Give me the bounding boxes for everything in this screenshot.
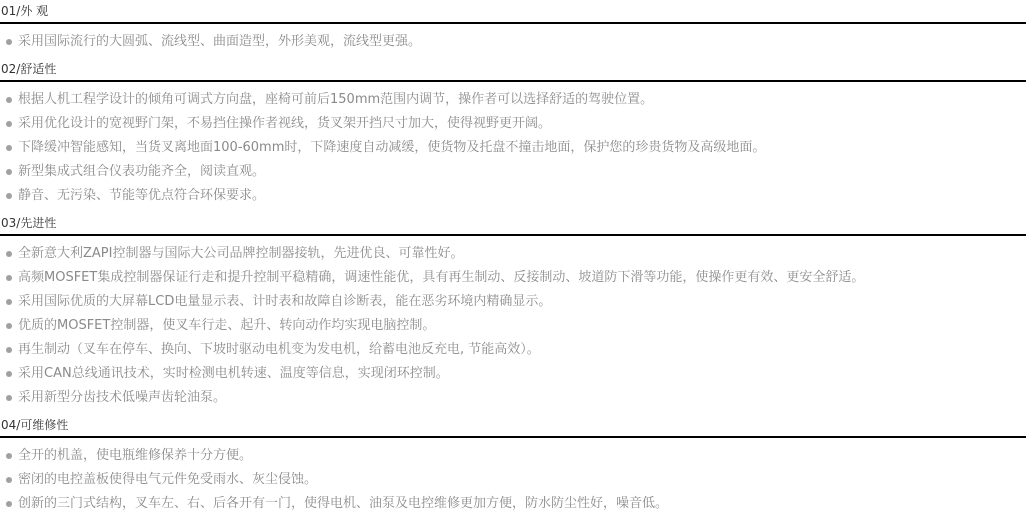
section-title: 01/外 观 [0, 0, 1026, 22]
list-item-text: 优质的MOSFET控制器，使叉车行走、起升、转向动作均实现电脑控制。 [18, 314, 435, 338]
section-title: 04/可维修性 [0, 414, 1026, 436]
section-comfort: 02/舒适性 根据人机工程学设计的倾角可调式方向盘，座椅可前后150mm范围内调… [0, 58, 1026, 212]
list-item-text: 全新意大利ZAPI控制器与国际大公司品牌控制器接轨，先进优良、可靠性好。 [18, 242, 463, 266]
list-item: 静音、无污染、节能等优点符合环保要求。 [0, 184, 1026, 208]
bullet-dot-icon [6, 39, 12, 45]
list-item-text: 采用国际优质的大屏幕LCD电量显示表、计时表和故障自诊断表，能在恶劣环境内精确显… [18, 290, 551, 314]
feature-list: 采用国际流行的大圆弧、流线型、曲面造型，外形美观，流线型更强。 [0, 30, 1026, 58]
bullet-dot-icon [6, 299, 12, 305]
list-item: 高频MOSFET集成控制器保证行走和提升控制平稳精确，调速性能优，具有再生制动、… [0, 266, 1026, 290]
bullet-dot-icon [6, 121, 12, 127]
list-item: 下降缓冲智能感知，当货叉离地面100-60mm时，下降速度自动减缓，使货物及托盘… [0, 136, 1026, 160]
bullet-dot-icon [6, 453, 12, 459]
list-item: 采用优化设计的宽视野门架，不易挡住操作者视线，货叉架开挡尺寸加大，使得视野更开阔… [0, 112, 1026, 136]
bullet-dot-icon [6, 275, 12, 281]
section-divider [0, 22, 1026, 24]
bullet-dot-icon [6, 251, 12, 257]
list-item: 创新的三门式结构，叉车左、右、后各开有一门，使得电机、油泵及电控维修更加方便，防… [0, 492, 1026, 516]
list-item-text: 密闭的电控盖板使得电气元件免受雨水、灰尘侵蚀。 [18, 468, 317, 492]
list-item-text: 采用CAN总线通讯技术，实时检测电机转速、温度等信息，实现闭环控制。 [18, 362, 449, 386]
section-divider [0, 80, 1026, 82]
section-title: 02/舒适性 [0, 58, 1026, 80]
bullet-dot-icon [6, 145, 12, 151]
list-item: 采用CAN总线通讯技术，实时检测电机转速、温度等信息，实现闭环控制。 [0, 362, 1026, 386]
bullet-dot-icon [6, 371, 12, 377]
list-item: 全新意大利ZAPI控制器与国际大公司品牌控制器接轨，先进优良、可靠性好。 [0, 242, 1026, 266]
bullet-dot-icon [6, 395, 12, 401]
list-item-text: 高频MOSFET集成控制器保证行走和提升控制平稳精确，调速性能优，具有再生制动、… [18, 266, 864, 290]
feature-list: 全开的机盖，使电瓶维修保养十分方便。 密闭的电控盖板使得电气元件免受雨水、灰尘侵… [0, 444, 1026, 520]
section-divider [0, 234, 1026, 236]
feature-list: 全新意大利ZAPI控制器与国际大公司品牌控制器接轨，先进优良、可靠性好。 高频M… [0, 242, 1026, 414]
list-item-text: 再生制动（叉车在停车、换向、下坡时驱动电机变为发电机，给蓄电池反充电, 节能高效… [18, 338, 540, 362]
bullet-dot-icon [6, 477, 12, 483]
list-item: 优质的MOSFET控制器，使叉车行走、起升、转向动作均实现电脑控制。 [0, 314, 1026, 338]
feature-document: 01/外 观 采用国际流行的大圆弧、流线型、曲面造型，外形美观，流线型更强。 0… [0, 0, 1026, 520]
list-item: 新型集成式组合仪表功能齐全，阅读直观。 [0, 160, 1026, 184]
section-appearance: 01/外 观 采用国际流行的大圆弧、流线型、曲面造型，外形美观，流线型更强。 [0, 0, 1026, 58]
list-item-text: 采用优化设计的宽视野门架，不易挡住操作者视线，货叉架开挡尺寸加大，使得视野更开阔… [18, 112, 551, 136]
list-item: 采用国际优质的大屏幕LCD电量显示表、计时表和故障自诊断表，能在恶劣环境内精确显… [0, 290, 1026, 314]
section-title: 03/先进性 [0, 212, 1026, 234]
bullet-dot-icon [6, 501, 12, 507]
list-item-text: 静音、无污染、节能等优点符合环保要求。 [18, 184, 265, 208]
bullet-dot-icon [6, 97, 12, 103]
list-item-text: 采用国际流行的大圆弧、流线型、曲面造型，外形美观，流线型更强。 [18, 30, 421, 54]
list-item: 再生制动（叉车在停车、换向、下坡时驱动电机变为发电机，给蓄电池反充电, 节能高效… [0, 338, 1026, 362]
bullet-dot-icon [6, 193, 12, 199]
list-item: 根据人机工程学设计的倾角可调式方向盘，座椅可前后150mm范围内调节，操作者可以… [0, 88, 1026, 112]
list-item-text: 根据人机工程学设计的倾角可调式方向盘，座椅可前后150mm范围内调节，操作者可以… [18, 88, 653, 112]
list-item-text: 全开的机盖，使电瓶维修保养十分方便。 [18, 444, 252, 468]
feature-list: 根据人机工程学设计的倾角可调式方向盘，座椅可前后150mm范围内调节，操作者可以… [0, 88, 1026, 212]
bullet-dot-icon [6, 323, 12, 329]
bullet-dot-icon [6, 347, 12, 353]
list-item: 采用国际流行的大圆弧、流线型、曲面造型，外形美观，流线型更强。 [0, 30, 1026, 54]
list-item-text: 新型集成式组合仪表功能齐全，阅读直观。 [18, 160, 265, 184]
list-item: 全开的机盖，使电瓶维修保养十分方便。 [0, 444, 1026, 468]
list-item: 采用新型分齿技术低噪声齿轮油泵。 [0, 386, 1026, 410]
list-item-text: 采用新型分齿技术低噪声齿轮油泵。 [18, 386, 226, 410]
list-item-text: 创新的三门式结构，叉车左、右、后各开有一门，使得电机、油泵及电控维修更加方便，防… [18, 492, 668, 516]
section-maintainability: 04/可维修性 全开的机盖，使电瓶维修保养十分方便。 密闭的电控盖板使得电气元件… [0, 414, 1026, 520]
bullet-dot-icon [6, 169, 12, 175]
section-advancement: 03/先进性 全新意大利ZAPI控制器与国际大公司品牌控制器接轨，先进优良、可靠… [0, 212, 1026, 414]
list-item-text: 下降缓冲智能感知，当货叉离地面100-60mm时，下降速度自动减缓，使货物及托盘… [18, 136, 765, 160]
section-divider [0, 436, 1026, 438]
list-item: 密闭的电控盖板使得电气元件免受雨水、灰尘侵蚀。 [0, 468, 1026, 492]
